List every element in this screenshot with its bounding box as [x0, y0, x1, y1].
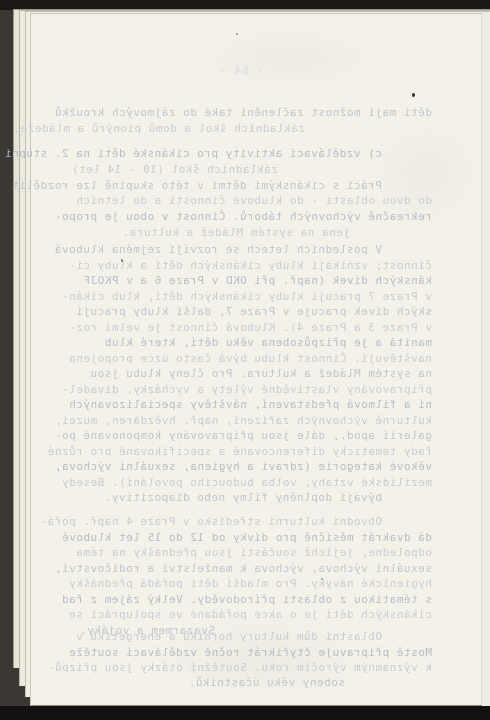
bleed-text-line: Obvodní kulturní středisko v Praze 4 nap… [40, 515, 382, 528]
bleed-text-line: základních škol a domů pionýrů a mládeže… [13, 122, 305, 135]
ink-speck [321, 578, 323, 580]
page-number: - 64 - [218, 64, 264, 77]
bleed-text-line: v Praze 7 pracují kluby cikánských dětí,… [62, 290, 432, 303]
ink-speck [236, 33, 238, 35]
bleed-text-line: jena na systém Mládež a kultura. [122, 226, 350, 239]
bleed-text-line: hygienické návyky. Pro mladší děti pořád… [69, 577, 432, 590]
bleed-text-line: činnost; vznikají kluby cikánských dětí … [69, 259, 432, 272]
bleed-text-line: c) vzdělávací aktivity pro cikánské děti… [5, 147, 383, 160]
bleed-text-line: kulturně výchovných zařízení, např. hvěz… [55, 414, 433, 427]
bleed-text-line: kánských dívek (např. při OKD v Praze 6 … [83, 274, 432, 287]
bleed-text-line: Mostě připravuje čtyřikrát ročně vzděláv… [69, 646, 432, 659]
book-page: - 64 - děti mají možnost začlenění také … [30, 13, 490, 706]
bleed-text-line: Oblastní dům kultury horníků a energetik… [76, 630, 382, 643]
bleed-text-line: připravovány vlastivědné výlety a vycház… [62, 383, 432, 396]
bleed-text-line: cikánských dětí je o akce pořádané ve sp… [69, 608, 432, 621]
bleed-text-line: V posledních letech se rozvíjí zejména k… [54, 243, 382, 256]
bleed-text-line: odpoledne, jejichž součástí jsou přednáš… [76, 546, 432, 559]
bleed-text-line: základních škol (10 - 14 let) [71, 163, 278, 176]
bleed-text-line: manitá a je přizpůsobena věku dětí, kter… [104, 336, 432, 349]
bleed-text-line: navštěvují. Činnost klubu bývá často úzc… [69, 352, 432, 365]
bleed-text-layer: - 64 - děti mají možnost začlenění také … [44, 13, 440, 706]
ink-speck [121, 259, 123, 262]
bleed-text-line: ní a filmová představení, návštěvy speci… [69, 398, 432, 411]
bleed-text-line: sexuální výchova, výchova k manželství a… [55, 562, 433, 575]
page-gutter-shading [482, 13, 490, 706]
scanner-bed-bottom [0, 706, 490, 720]
bleed-text-line: galerií apod., dále jsou připravovány ko… [55, 429, 433, 442]
bleed-text-line: k významným výročím roku. Soutěžní otázk… [47, 661, 432, 674]
page-crease [481, 13, 482, 706]
ink-speck [412, 93, 415, 97]
bleed-text-line: děti mají možnost začlenění také do zájm… [55, 106, 433, 119]
bleed-text-line: bývají doplněny filmy nebo diapozitivy. [104, 491, 382, 504]
bleed-text-line: Práci s cikánskými dětmi v této skupině … [12, 179, 382, 192]
bleed-text-line: s tématikou z oblasti přírodovědy. Velký… [62, 593, 432, 606]
bleed-text-line: věkové kategorie (zdraví a hygiena, sexu… [55, 460, 433, 473]
bleed-text-line: dá dvakrát měsíčně pro dívky od 12 do 15… [62, 531, 432, 544]
bleed-text-line: rekreačně výchovných táborů. Činnost v o… [55, 210, 433, 223]
bleed-text-line: řady tematicky diferencované a specifiko… [47, 445, 432, 458]
bleed-text-line: do dvou oblastí - do klubové činnosti a … [76, 194, 432, 207]
bleed-text-line: v Praze 3 a Praze 4). Klubová činnost je… [69, 321, 432, 334]
bleed-text-line: sobeny věku účastníků. [188, 676, 345, 689]
bleed-text-line: ských dívek pracuje v Praze 7, další klu… [76, 305, 432, 318]
bleed-text-line: na systém Mládež a kultura. Pro členy kl… [90, 367, 432, 380]
scan-background: - 64 - děti mají možnost začlenění také … [0, 0, 490, 720]
bleed-text-line: mezilidské vztahy, volba budoucího povol… [62, 476, 432, 489]
